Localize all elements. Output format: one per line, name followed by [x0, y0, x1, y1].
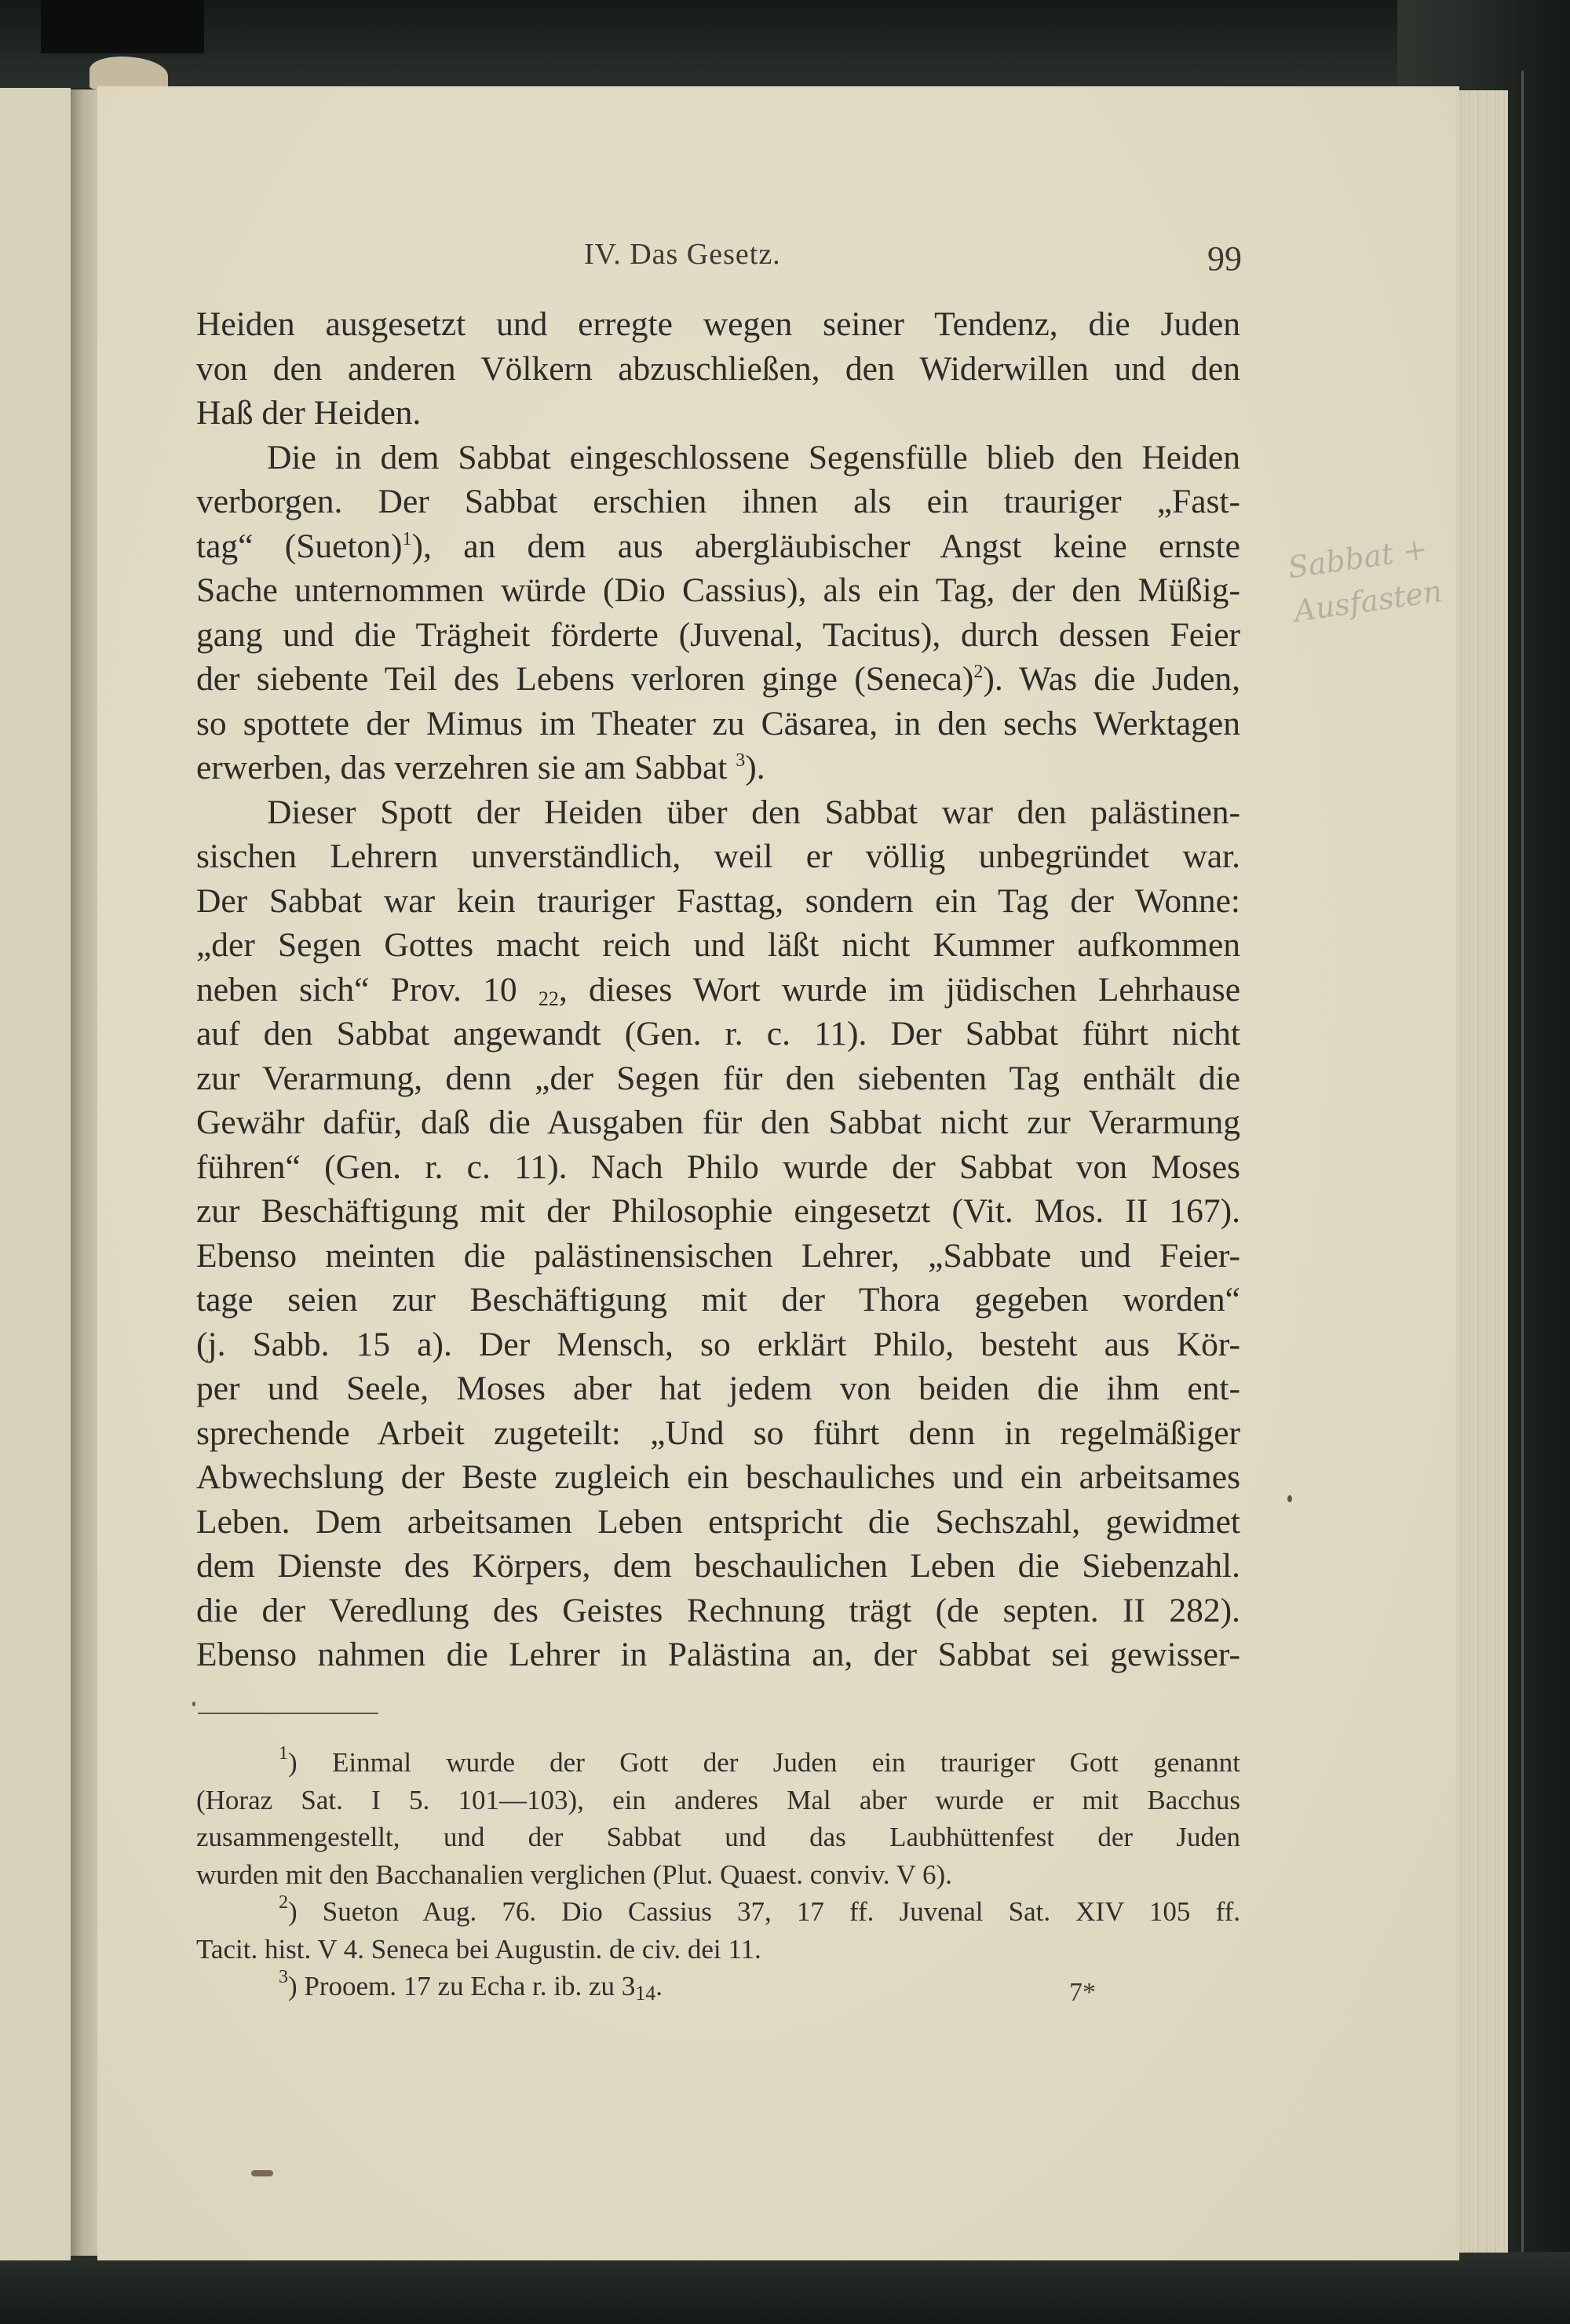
book-cover-corner	[41, 0, 204, 53]
text-line: neben sich“ Prov. 10 22, dieses Wort wur…	[196, 968, 1240, 1012]
text-span: , dieses Wort wurde im jüdischen Lehrhau…	[559, 971, 1240, 1009]
signature-mark: 7*	[1069, 1978, 1096, 2008]
text-span: der siebente Teil des Lebens verloren gi…	[196, 660, 973, 698]
text-line: per und Seele, Moses aber hat jedem von …	[196, 1366, 1240, 1411]
verse-subscript: 22	[539, 987, 559, 1010]
text-span: ), an dem aus abergläubischer Angst kein…	[412, 527, 1240, 565]
text-line: tag“ (Sueton)1), an dem aus abergläubisc…	[196, 524, 1240, 569]
text-line: Der Sabbat war kein trauriger Fasttag, s…	[196, 879, 1240, 924]
text-line: die der Veredlung des Geistes Rechnung t…	[196, 1589, 1240, 1633]
footnote-line: wurden mit den Bacchanalien verglichen (…	[196, 1856, 1240, 1894]
footnote-2: 2) Sueton Aug. 76. Dio Cassius 37, 17 ff…	[196, 1893, 1240, 1931]
text-span: tag“ (Sueton)	[196, 527, 403, 565]
footnote-line: Tacit. hist. V 4. Seneca bei Augustin. d…	[196, 1931, 1240, 1968]
margin-dot	[192, 1702, 195, 1706]
text-span: ) Sueton Aug. 76. Dio Cassius 37, 17 ff.…	[288, 1896, 1240, 1927]
text-line: dem Dienste des Körpers, dem beschaulich…	[196, 1544, 1240, 1589]
text-span: ). Was die Juden,	[983, 660, 1240, 698]
text-line: der siebente Teil des Lebens verloren gi…	[196, 657, 1240, 702]
text-line: Ebenso nahmen die Lehrer in Palästina an…	[196, 1633, 1240, 1677]
verse-subscript: 14	[635, 1982, 655, 2005]
page-stack-edges	[1456, 90, 1508, 2253]
text-line: führen“ (Gen. r. c. 11). Nach Philo wurd…	[196, 1145, 1240, 1190]
footnote-mark: 1	[279, 1743, 288, 1764]
footnote-mark: 3	[279, 1967, 288, 1987]
ink-smudge	[251, 2170, 273, 2176]
margin-dot	[1287, 1495, 1292, 1502]
footnote-ref-1[interactable]: 1	[403, 529, 412, 549]
previous-page-edge	[0, 88, 71, 2260]
text-line: „der Segen Gottes macht reich und läßt n…	[196, 923, 1240, 968]
text-line: gang und die Trägheit förderte (Juvenal,…	[196, 613, 1240, 658]
text-line: Leben. Dem arbeitsamen Leben entspricht …	[196, 1500, 1240, 1545]
book-gutter	[71, 89, 97, 2256]
text-line: sischen Lehrern unverständlich, weil er …	[196, 834, 1240, 879]
footnote-1: 1) Einmal wurde der Gott der Juden ein t…	[196, 1744, 1240, 1782]
text-line: zur Beschäftigung mit der Philosophie ei…	[196, 1189, 1240, 1234]
footnote-line: (Horaz Sat. I 5. 101—103), ein anderes M…	[196, 1782, 1240, 1819]
text-line: (j. Sabb. 15 a). Der Mensch, so erklärt …	[196, 1323, 1240, 1367]
text-span: .	[655, 1971, 663, 2001]
text-span: neben sich“ Prov. 10	[196, 971, 539, 1009]
text-line: tage seien zur Beschäftigung mit der Tho…	[196, 1278, 1240, 1323]
text-line: Die in dem Sabbat eingeschlossene Segens…	[196, 436, 1240, 480]
book-cover-bottom	[0, 2252, 1570, 2324]
text-line: Haß der Heiden.	[196, 391, 1240, 436]
footnote-mark: 2	[279, 1892, 288, 1913]
text-span: ).	[745, 749, 765, 786]
text-line: auf den Sabbat angewandt (Gen. r. c. 11)…	[196, 1012, 1240, 1056]
page-number: 99	[1207, 239, 1242, 279]
footnotes: 1) Einmal wurde der Gott der Juden ein t…	[196, 1744, 1240, 2005]
text-line: von den anderen Völkern abzuschließen, d…	[196, 347, 1240, 392]
cover-edge-line	[1521, 71, 1524, 2292]
text-line: Sache unternommen würde (Dio Cassius), a…	[196, 568, 1240, 613]
text-span: ) Einmal wurde der Gott der Juden ein tr…	[288, 1747, 1240, 1778]
footnote-line: zusammengestellt, und der Sabbat und das…	[196, 1819, 1240, 1856]
running-head: IV. Das Gesetz. 99	[196, 228, 1240, 283]
text-line: Heiden ausgesetzt und erregte wegen sein…	[196, 302, 1240, 347]
body-text: Heiden ausgesetzt und erregte wegen sein…	[196, 302, 1240, 1677]
book-cover-top	[0, 0, 1570, 88]
text-line: Ebenso meinten die palästinensischen Leh…	[196, 1234, 1240, 1279]
text-line: Abwechslung der Beste zugleich ein besch…	[196, 1455, 1240, 1500]
text-line: zur Verarmung, denn „der Segen für den s…	[196, 1056, 1240, 1101]
text-span: erwerben, das verzehren sie am Sabbat	[196, 749, 736, 786]
text-line: so spottete der Mimus im Theater zu Cäsa…	[196, 702, 1240, 746]
text-line: sprechende Arbeit zugeteilt: „Und so füh…	[196, 1411, 1240, 1456]
chapter-title: IV. Das Gesetz.	[584, 237, 781, 272]
footnote-ref-2[interactable]: 2	[973, 662, 983, 682]
footnote-ref-3[interactable]: 3	[736, 750, 745, 771]
text-line: erwerben, das verzehren sie am Sabbat 3)…	[196, 746, 1240, 790]
text-line: verborgen. Der Sabbat erschien ihnen als…	[196, 480, 1240, 524]
text-span: ) Prooem. 17 zu Echa r. ib. zu 3	[288, 1971, 635, 2001]
text-line: Dieser Spott der Heiden über den Sabbat …	[196, 790, 1240, 835]
text-line: Gewähr dafür, daß die Ausgaben für den S…	[196, 1100, 1240, 1145]
footnote-divider	[198, 1713, 378, 1714]
